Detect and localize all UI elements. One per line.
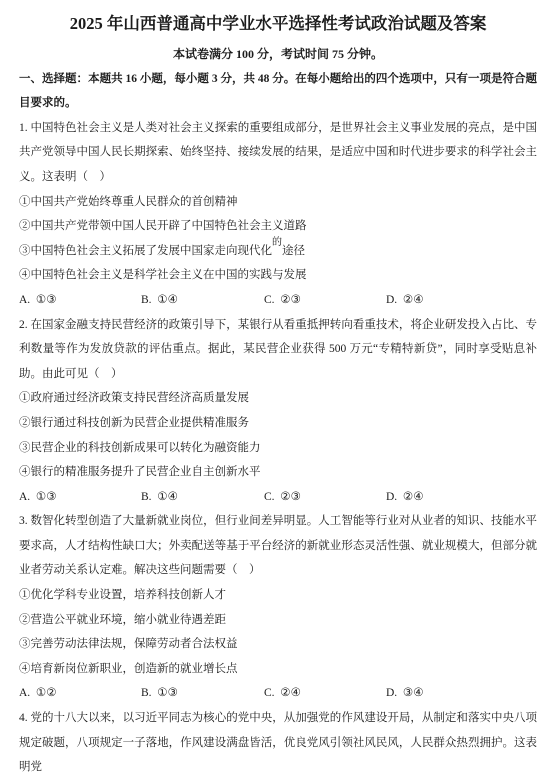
question-3-statement-2: ②营造公平就业环境，缩小就业待遇差距	[19, 608, 537, 633]
question-2-statement-2: ②银行通过科技创新为民营企业提供精准服务	[19, 411, 537, 436]
question-3-options: A. ①② B. ①③ C. ②④ D. ③④	[19, 681, 537, 706]
question-2-stem: 2. 在国家金融支持民营经济的政策引导下，某银行从看重抵押转向看重技术，将企业研…	[19, 313, 537, 387]
question-1-stem: 1. 中国特色社会主义是人类对社会主义探索的重要组成部分，是世界社会主义事业发展…	[19, 116, 537, 190]
option-a: A. ①③	[19, 288, 141, 313]
question-1-options: A. ①③ B. ①④ C. ②③ D. ②④	[19, 288, 537, 313]
option-d: D. ②④	[386, 485, 537, 510]
section-1-instructions: 一、选择题：本题共 16 小题，每小题 3 分，共 48 分。在每小题给出的四个…	[19, 67, 537, 116]
question-3-statement-4: ④培育新岗位新职业，创造新的就业增长点	[19, 657, 537, 682]
question-1: 1. 中国特色社会主义是人类对社会主义探索的重要组成部分，是世界社会主义事业发展…	[19, 116, 537, 313]
question-1-statement-4: ④中国特色社会主义是科学社会主义在中国的实践与发展	[19, 263, 537, 288]
option-c: C. ②③	[264, 485, 386, 510]
question-3-statement-1: ①优化学科专业设置，培养科技创新人才	[19, 583, 537, 608]
question-2-statement-1: ①政府通过经济政策支持民营经济高质量发展	[19, 386, 537, 411]
question-3-stem: 3. 数智化转型创造了大量新就业岗位，但行业间差异明显。人工智能等行业对从业者的…	[19, 509, 537, 583]
exam-score-duration-info: 本试卷满分 100 分，考试时间 75 分钟。	[19, 42, 537, 67]
option-b: B. ①③	[141, 681, 264, 706]
document-title: 2025 年山西普通高中学业水平选择性考试政治试题及答案	[19, 11, 537, 36]
question-2-options: A. ①③ B. ①④ C. ②③ D. ②④	[19, 485, 537, 510]
option-b: B. ①④	[141, 485, 264, 510]
superscript-char: 的	[272, 237, 282, 248]
question-2-statement-4: ④银行的精准服务提升了民营企业自主创新水平	[19, 460, 537, 485]
option-d: D. ③④	[386, 681, 537, 706]
question-3: 3. 数智化转型创造了大量新就业岗位，但行业间差异明显。人工智能等行业对从业者的…	[19, 509, 537, 706]
statement-text-before-superscript: ③中国特色社会主义拓展了发展中国家走向现代化	[19, 245, 272, 257]
question-3-statement-3: ③完善劳动法律法规，保障劳动者合法权益	[19, 632, 537, 657]
option-c: C. ②③	[264, 288, 386, 313]
option-d: D. ②④	[386, 288, 537, 313]
option-a: A. ①③	[19, 485, 141, 510]
option-a: A. ①②	[19, 681, 141, 706]
question-4-stem-partial: 4. 党的十八大以来，以习近平同志为核心的党中央，从加强党的作风建设开局，从制定…	[19, 706, 537, 773]
exam-document-page: 2025 年山西普通高中学业水平选择性考试政治试题及答案 本试卷满分 100 分…	[0, 0, 556, 773]
statement-text-after-superscript: 途径	[282, 245, 305, 257]
question-2-statement-3: ③民营企业的科技创新成果可以转化为融资能力	[19, 436, 537, 461]
question-1-statement-2: ②中国共产党带领中国人民开辟了中国特色社会主义道路	[19, 214, 537, 239]
question-1-statement-3: ③中国特色社会主义拓展了发展中国家走向现代化的途径	[19, 239, 537, 264]
question-1-statement-1: ①中国共产党始终尊重人民群众的首创精神	[19, 190, 537, 215]
question-4: 4. 党的十八大以来，以习近平同志为核心的党中央，从加强党的作风建设开局，从制定…	[19, 706, 537, 773]
question-2: 2. 在国家金融支持民营经济的政策引导下，某银行从看重抵押转向看重技术，将企业研…	[19, 313, 537, 510]
option-b: B. ①④	[141, 288, 264, 313]
option-c: C. ②④	[264, 681, 386, 706]
